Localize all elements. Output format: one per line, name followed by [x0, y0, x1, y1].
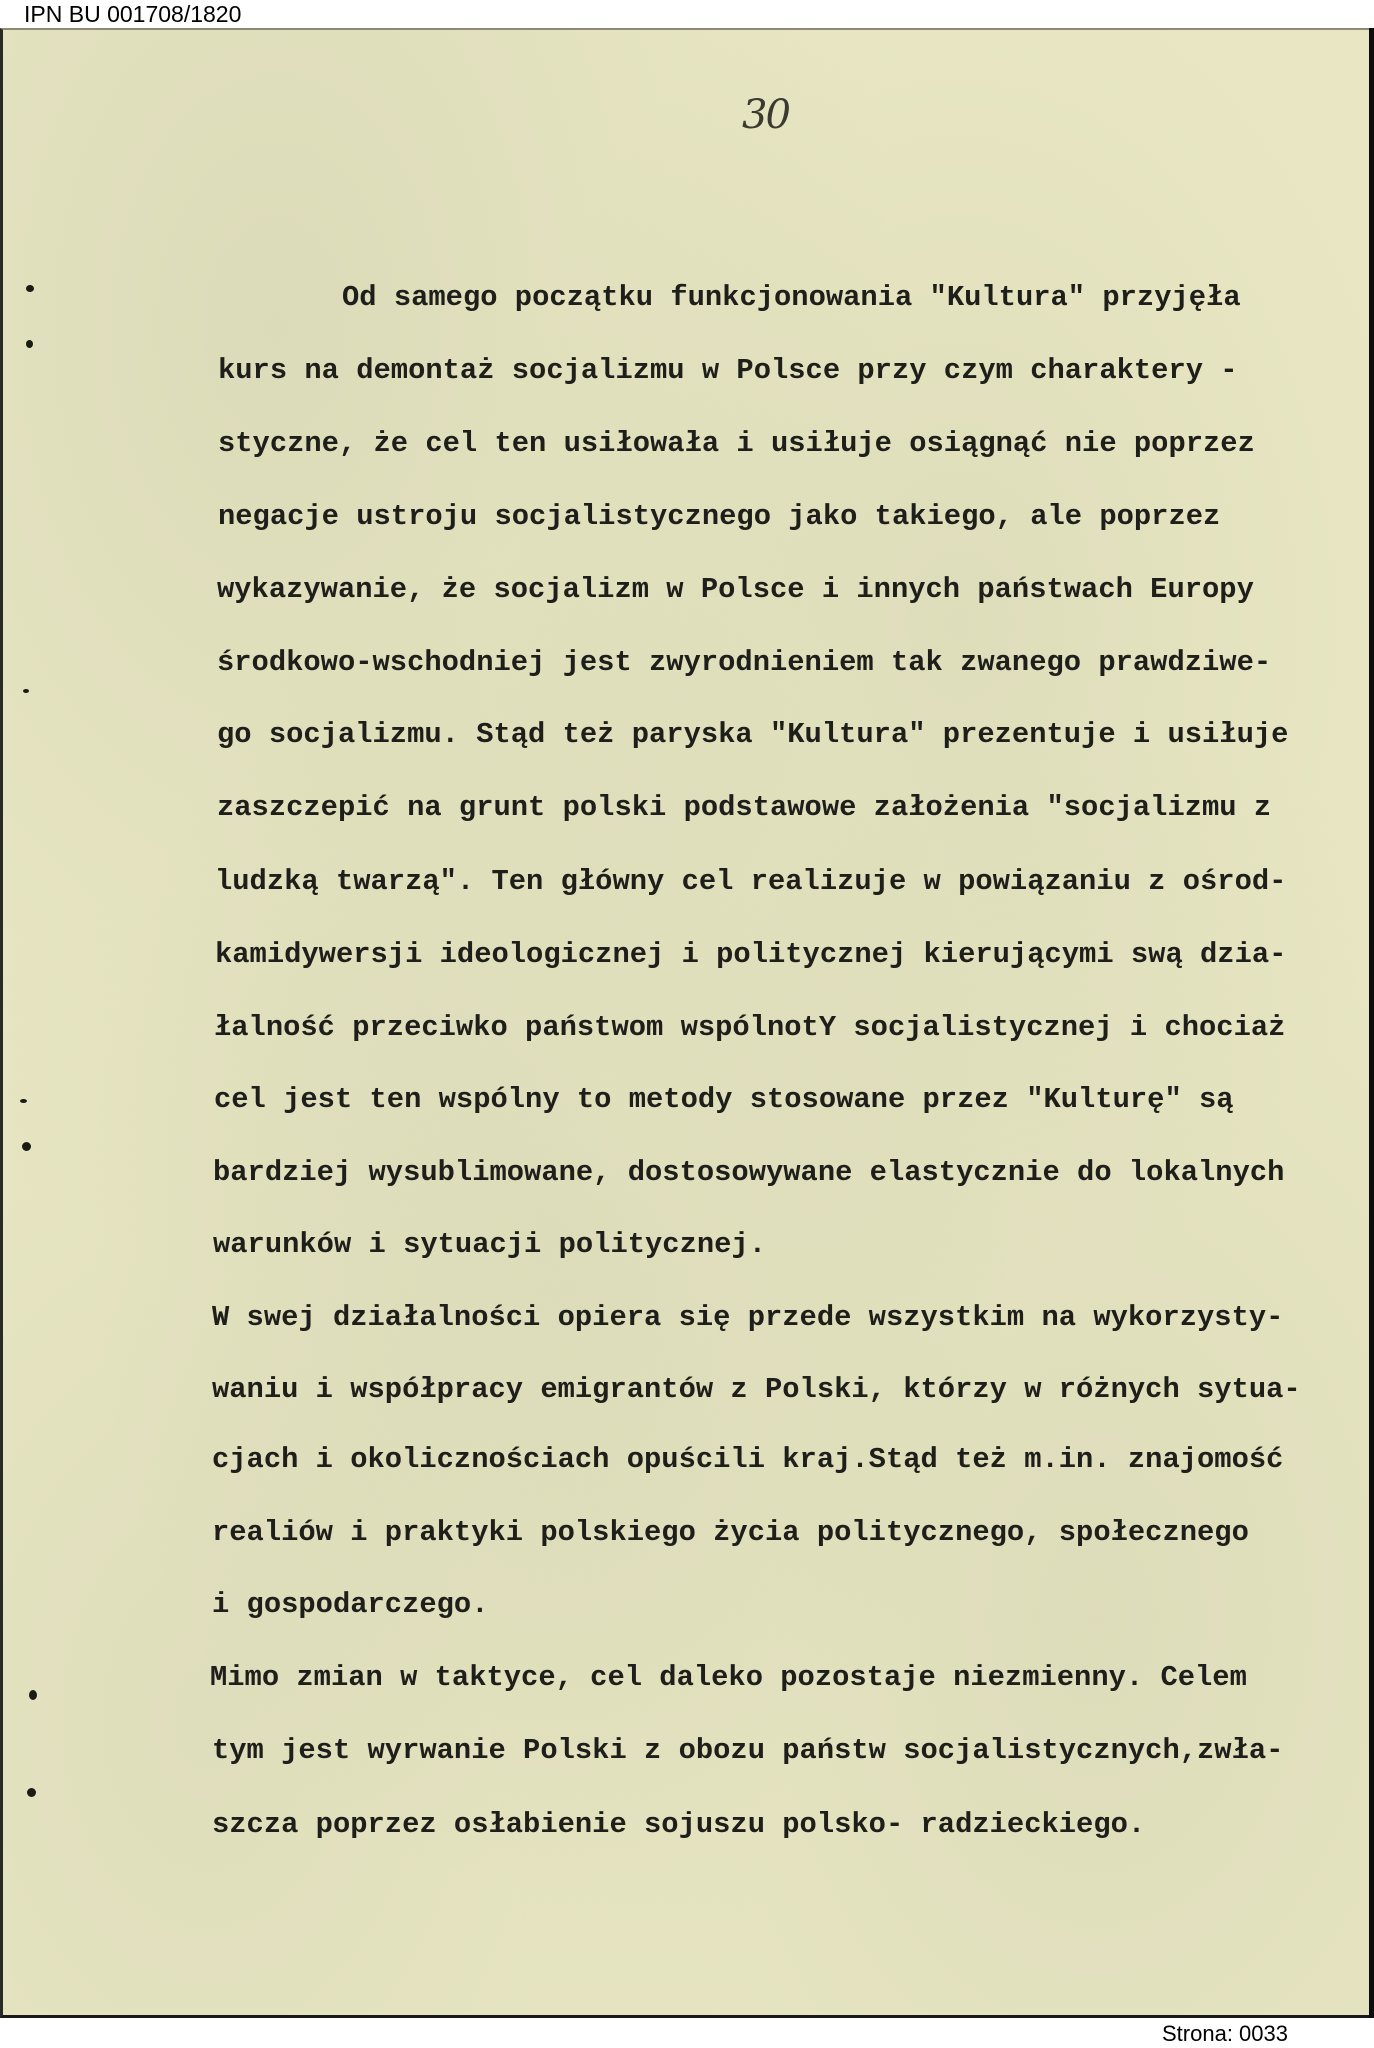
- text-line: styczne, że cel ten usiłowała i usiłuje …: [218, 427, 1255, 461]
- text-line: realiów i praktyki polskiego życia polit…: [212, 1516, 1249, 1550]
- text-line: ludzką twarzą". Ten główny cel realizuje…: [215, 865, 1286, 899]
- margin-mark-icon: [20, 1099, 27, 1103]
- text-line: go socjalizmu. Stąd też paryska "Kultura…: [217, 718, 1288, 752]
- text-line: waniu i współpracy emigrantów z Polski, …: [212, 1373, 1301, 1407]
- handwritten-page-number: 30: [742, 92, 789, 138]
- page-counter: Strona: 0033: [1162, 2020, 1288, 2048]
- text-line: kurs na demontaż socjalizmu w Polsce prz…: [218, 354, 1238, 388]
- text-line: W swej działalności opiera się przede ws…: [212, 1301, 1283, 1335]
- text-line: bardziej wysublimowane, dostosowywane el…: [213, 1156, 1284, 1190]
- margin-mark-icon: [23, 689, 29, 693]
- margin-mark-icon: [26, 285, 34, 292]
- text-line: Mimo zmian w taktyce, cel daleko pozosta…: [210, 1661, 1247, 1695]
- archive-signature: IPN BU 001708/1820: [24, 0, 241, 28]
- text-line: tym jest wyrwanie Polski z obozu państw …: [212, 1734, 1283, 1768]
- text-line: wykazywanie, że socjalizm w Polsce i inn…: [217, 573, 1254, 607]
- text-line: Od samego początku funkcjonowania "Kultu…: [342, 281, 1241, 315]
- document-viewer: IPN BU 001708/1820 30 Od samego początku…: [0, 0, 1374, 2048]
- margin-mark-icon: [29, 1690, 37, 1700]
- scan-edge-shadow: [1369, 28, 1374, 2018]
- text-line: środkowo-wschodniej jest zwyrodnieniem t…: [217, 646, 1271, 680]
- text-line: szcza poprzez osłabienie sojuszu polsko-…: [212, 1808, 1145, 1842]
- text-line: negacje ustroju socjalistycznego jako ta…: [218, 500, 1220, 534]
- text-line: zaszczepić na grunt polski podstawowe za…: [217, 791, 1271, 825]
- text-line: kamidywersji ideologicznej i politycznej…: [215, 938, 1286, 972]
- margin-mark-icon: [26, 340, 33, 348]
- margin-mark-icon: [22, 1142, 31, 1151]
- text-line: cel jest ten wspólny to metody stosowane…: [214, 1083, 1234, 1117]
- text-line: i gospodarczego.: [212, 1588, 489, 1622]
- text-line: łalność przeciwko państwom wspólnotY soc…: [214, 1011, 1285, 1045]
- margin-mark-icon: [27, 1788, 36, 1797]
- text-line: cjach i okolicznościach opuścili kraj.St…: [212, 1443, 1283, 1477]
- text-line: warunków i sytuacji politycznej.: [213, 1228, 766, 1262]
